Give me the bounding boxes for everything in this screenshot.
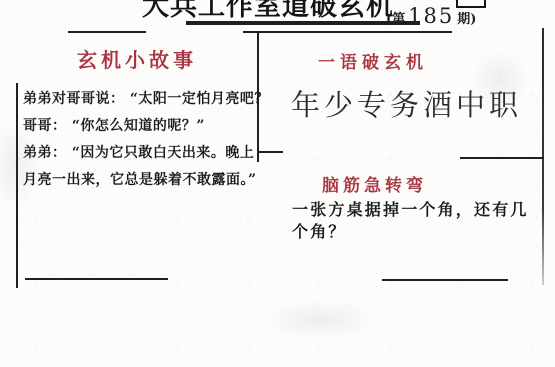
title-underline xyxy=(186,21,420,25)
mystery-section-header: 一语破玄机 xyxy=(318,48,428,73)
scan-smudge xyxy=(470,50,530,110)
left-box-bottom-border xyxy=(25,278,168,280)
right-box-bottom-border xyxy=(382,279,508,281)
riddle-question: 一张方桌据掉一个角，还有几个角？ xyxy=(292,199,542,243)
left-box-top-border xyxy=(68,31,146,33)
scan-smudge xyxy=(260,300,380,340)
story-line: 弟弟： “因为它只敢白天出来。晚上 xyxy=(23,140,261,167)
page-title: 大兵工作室道破玄机 xyxy=(142,0,394,21)
right-box-inner-rule xyxy=(460,157,544,159)
scanned-puzzle-page: 大兵工作室道破玄机 (第 185 期) 玄机小故事 弟弟对哥哥说： “太阳一定怕… xyxy=(0,0,555,367)
corner-cropped-box xyxy=(456,0,486,8)
riddle-section-header: 脑筋急转弯 xyxy=(322,171,427,196)
story-line: 哥哥： “你怎么知道的呢？” xyxy=(23,113,261,140)
story-line: 弟弟对哥哥说： “太阳一定怕月亮吧？ xyxy=(23,86,261,113)
story-line: 月亮一出来，它总是躲着不敢露面。” xyxy=(23,167,261,194)
story-section-header: 玄机小故事 xyxy=(16,44,258,73)
issue-close-paren: 期) xyxy=(457,8,476,27)
right-box-top-border xyxy=(243,31,452,33)
story-text: 弟弟对哥哥说： “太阳一定怕月亮吧？ 哥哥： “你怎么知道的呢？” 弟弟： “因… xyxy=(23,86,261,194)
